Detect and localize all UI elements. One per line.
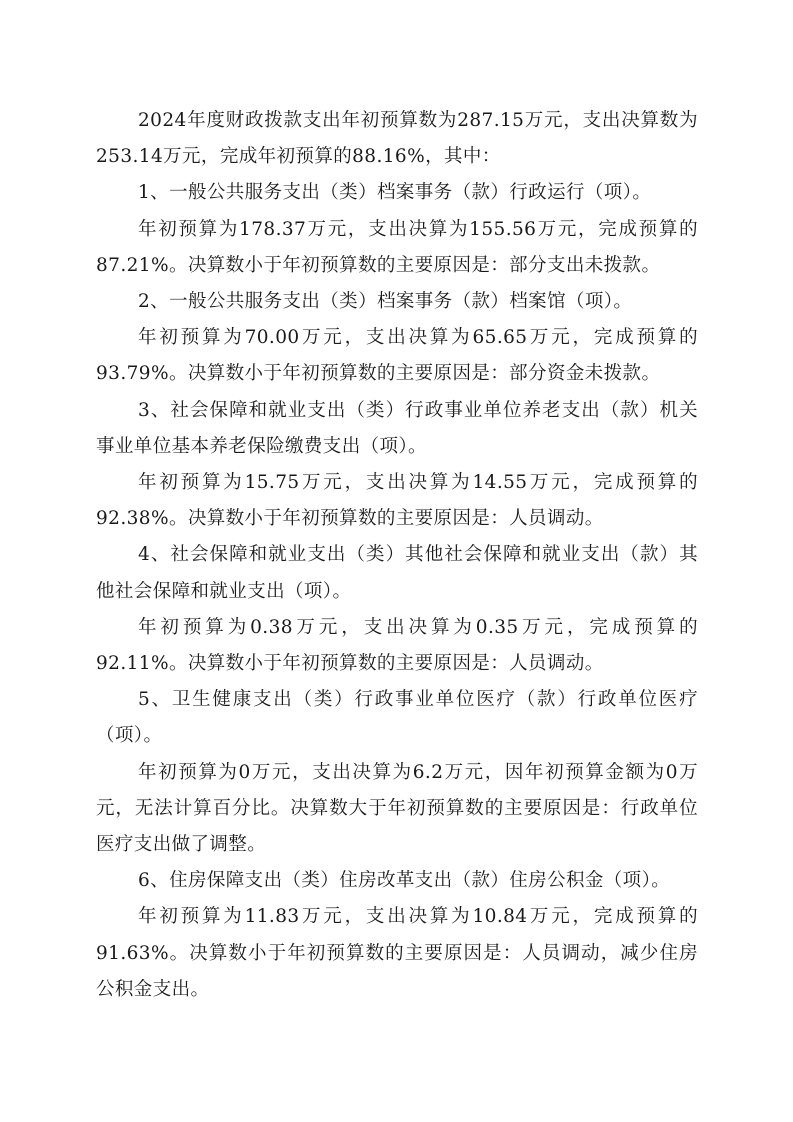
- item-4-detail: 年初预算为0.38万元，支出决算为0.35万元，完成预算的92.11%。决算数小…: [96, 610, 698, 682]
- item-1-detail: 年初预算为178.37万元，支出决算为155.56万元，完成预算的87.21%。…: [96, 212, 698, 284]
- item-1-heading: 1、一般公共服务支出（类）档案事务（款）行政运行（项）。: [96, 175, 698, 211]
- item-2-heading: 2、一般公共服务支出（类）档案事务（款）档案馆（项）。: [96, 284, 698, 320]
- item-5-heading: 5、卫生健康支出（类）行政事业单位医疗（款）行政单位医疗（项）。: [96, 682, 698, 754]
- item-3-heading: 3、社会保障和就业支出（类）行政事业单位养老支出（款）机关事业单位基本养老保险缴…: [96, 393, 698, 465]
- summary-paragraph: 2024年度财政拨款支出年初预算数为287.15万元，支出决算数为253.14万…: [96, 103, 698, 175]
- item-6-detail: 年初预算为11.83万元，支出决算为10.84万元，完成预算的91.63%。决算…: [96, 899, 698, 1008]
- item-4-heading: 4、社会保障和就业支出（类）其他社会保障和就业支出（款）其他社会保障和就业支出（…: [96, 537, 698, 609]
- item-2-detail: 年初预算为70.00万元，支出决算为65.65万元，完成预算的93.79%。决算…: [96, 320, 698, 392]
- item-5-detail: 年初预算为0万元，支出决算为6.2万元，因年初预算金额为0万元，无法计算百分比。…: [96, 755, 698, 864]
- document-page: 2024年度财政拨款支出年初预算数为287.15万元，支出决算数为253.14万…: [96, 103, 698, 1008]
- item-6-heading: 6、住房保障支出（类）住房改革支出（款）住房公积金（项）。: [96, 863, 698, 899]
- item-3-detail: 年初预算为15.75万元，支出决算为14.55万元，完成预算的92.38%。决算…: [96, 465, 698, 537]
